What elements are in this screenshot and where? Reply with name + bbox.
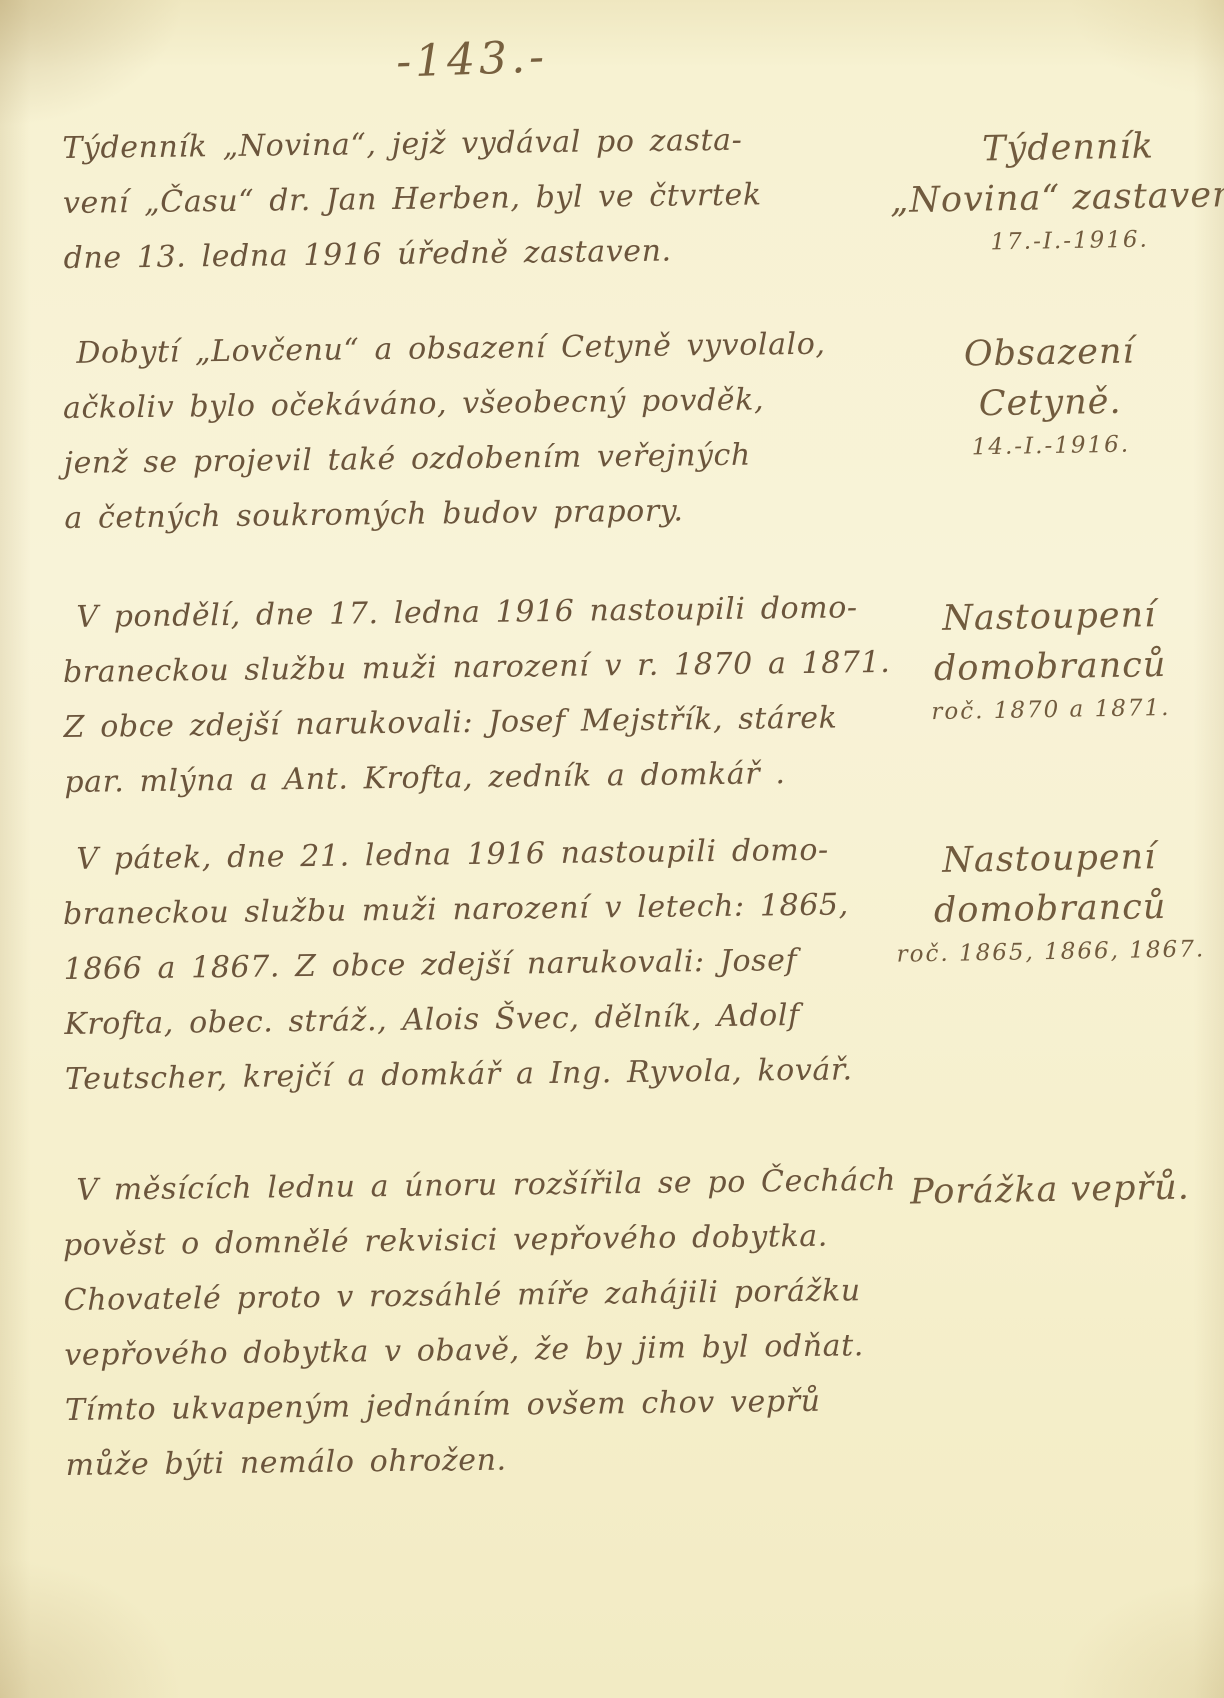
margin-note-date: roč. 1870 a 1871. — [891, 691, 1212, 729]
handwritten-line: Týdenník „Novina“, jejž vydával po zasta… — [62, 111, 891, 176]
chronicle-entry: V pátek, dne 21. ledna 1916 nastoupili d… — [0, 832, 1224, 1107]
margin-note-title: Týdenník„Novina“ zastaven. — [889, 120, 1224, 226]
page-number: -143.- — [395, 31, 548, 87]
margin-note-date: roč. 1865, 1866, 1867. — [891, 933, 1212, 971]
entry-body-text: Dobytí „Lovčenu“ a obsazení Cetyně vyvol… — [62, 316, 893, 546]
entry-body-text: Týdenník „Novina“, jejž vydával po zasta… — [62, 111, 892, 286]
entry-margin-note: ObsazeníCetyně. 14.-I.-1916. — [889, 323, 1211, 465]
entry-body-text: V pátek, dne 21. ledna 1916 nastoupili d… — [62, 822, 893, 1107]
handwritten-line: braneckou službu muži narození v letech:… — [63, 877, 892, 942]
entry-body-text: V pondělí, dne 17. ledna 1916 nastoupili… — [62, 580, 893, 810]
manuscript-page: -143.- Týdenník „Novina“, jejž vydával p… — [0, 0, 1224, 1698]
entry-margin-note: Týdenník„Novina“ zastaven. 17.-I.-1916. — [889, 118, 1224, 260]
entry-margin-note: Nastoupenídomobranců roč. 1870 a 1871. — [889, 587, 1211, 729]
handwritten-line: Obsazení — [889, 325, 1210, 381]
handwritten-line: Dobytí „Lovčenu“ a obsazení Cetyně vyvol… — [62, 316, 891, 381]
handwritten-line: jenž se projevil také ozdobením veřejnýc… — [63, 426, 892, 491]
entry-margin-note: Nastoupenídomobranců roč. 1865, 1866, 18… — [889, 829, 1211, 971]
handwritten-line: Týdenník — [889, 120, 1224, 176]
chronicle-entry: Týdenník „Novina“, jejž vydával po zasta… — [0, 121, 1224, 286]
handwritten-line: braneckou službu muži narození v r. 1870… — [63, 635, 892, 700]
margin-note-title: ObsazeníCetyně. — [889, 325, 1211, 431]
handwritten-line: vení „Času“ dr. Jan Herben, byl ve čtvrt… — [63, 166, 892, 231]
handwritten-line: Porážka vepřů. — [890, 1162, 1211, 1218]
handwritten-line: a četných soukromých budov prapory. — [64, 481, 893, 546]
margin-note-date: 14.-I.-1916. — [891, 427, 1212, 465]
chronicle-entry: V měsících lednu a únoru rozšířila se po… — [0, 1163, 1224, 1493]
margin-note-date: 17.-I.-1916. — [891, 222, 1224, 260]
handwritten-line: V pátek, dne 21. ledna 1916 nastoupili d… — [62, 822, 891, 887]
page-number-row: -143.- — [0, 13, 1085, 107]
margin-note-title: Porážka vepřů. — [890, 1162, 1211, 1218]
chronicle-entry: V pondělí, dne 17. ledna 1916 nastoupili… — [0, 590, 1224, 810]
handwritten-line: Nastoupení — [889, 589, 1210, 645]
chronicle-entry: Dobytí „Lovčenu“ a obsazení Cetyně vyvol… — [0, 326, 1224, 546]
handwritten-line: ačkoliv bylo očekáváno, všeobecný povděk… — [63, 371, 892, 436]
handwritten-line: Chovatelé proto v rozsáhlé míře zahájili… — [63, 1263, 892, 1328]
handwritten-line: Tímto ukvapeným jednáním ovšem chov vepř… — [65, 1373, 894, 1438]
entry-margin-note: Porážka vepřů. — [890, 1160, 1211, 1218]
margin-note-title: Nastoupenídomobranců — [889, 831, 1211, 937]
handwritten-line: par. mlýna a Ant. Krofta, zedník a domká… — [64, 745, 893, 810]
handwritten-line: pověst o domnělé rekvisici vepřového dob… — [63, 1208, 892, 1273]
handwritten-line: dne 13. ledna 1916 úředně zastaven. — [63, 221, 892, 286]
handwritten-line: V měsících lednu a únoru rozšířila se po… — [62, 1153, 891, 1218]
handwritten-line: Nastoupení — [889, 831, 1210, 887]
handwritten-line: V pondělí, dne 17. ledna 1916 nastoupili… — [62, 580, 891, 645]
handwritten-line: Z obce zdejší narukovali: Josef Mejstřík… — [63, 690, 892, 755]
handwritten-line: Teutscher, krejčí a domkář a Ing. Ryvola… — [65, 1042, 894, 1107]
chronicle-entries: Týdenník „Novina“, jejž vydával po zasta… — [0, 121, 1224, 1493]
handwritten-line: domobranců — [890, 881, 1211, 937]
handwritten-line: Cetyně. — [890, 375, 1211, 431]
entry-body-text: V měsících lednu a únoru rozšířila se po… — [62, 1153, 894, 1493]
handwritten-line: Krofta, obec. stráž., Alois Švec, dělník… — [64, 987, 893, 1052]
handwritten-line: domobranců — [890, 639, 1211, 695]
handwritten-line: může býti nemálo ohrožen. — [65, 1428, 894, 1493]
margin-note-title: Nastoupenídomobranců — [889, 589, 1211, 695]
handwritten-line: vepřového dobytka v obavě, že by jim byl… — [64, 1318, 893, 1383]
handwritten-line: 1866 a 1867. Z obce zdejší narukovali: J… — [63, 932, 892, 997]
handwritten-line: „Novina“ zastaven. — [890, 170, 1224, 226]
